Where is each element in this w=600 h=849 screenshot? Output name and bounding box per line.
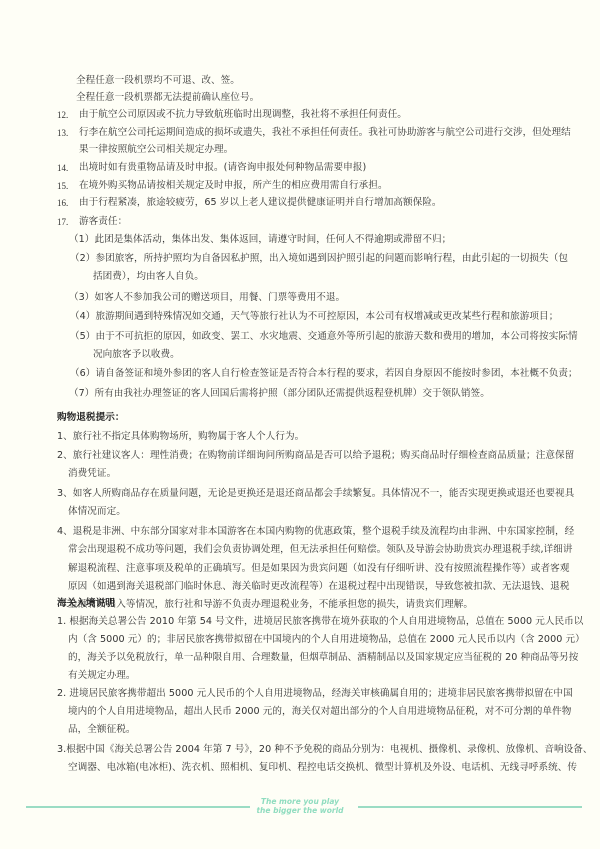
item-text: 行李在航空公司托运期间造成的损坏或遗失，我社不承担任何责任。我社可协助游客与航空… — [79, 127, 571, 139]
responsibility-item: （6）请自备签证和境外参团的客人自行检查签证是否符合本行程的要求，若因自身原因不… — [70, 368, 578, 380]
responsibility-item: （1）此团是集体活动，集体出发、集体返回，请遵守时间，任何人不得逾期或滞留不归； — [69, 234, 451, 246]
responsibility-item: （5）由于不可抗拒的原因，如政变、罢工、水灾地震、交通意外等所引起的旅游天数和费… — [70, 331, 578, 343]
shopping-item: 金额有所出入等情况，旅行社和导游不负责办理退税业务，不能承担您的损失，请贵宾们理… — [68, 599, 473, 611]
customs-item: 2. 进境居民旅客携带超出 5000 元人民币的个人自用进境物品，经海关审核确属… — [57, 688, 573, 700]
item-number: 13. — [57, 127, 68, 139]
item-number: 16. — [57, 197, 68, 209]
shopping-item: 3、如客人所购商品存在质量问题，无论是更换还是退还商品都会手续繁复。具体情况不一… — [57, 488, 574, 500]
footer-slogan-line1: The more you play — [0, 797, 600, 806]
responsibility-item: （7）所有由我社办理签证的客人回国后需将护照（部分团队还需提供返程登机牌）交于领… — [69, 388, 490, 400]
customs-item: 3.根据中国《海关总署公告 2004 年第 7 号》，20 种不予免税的商品分别… — [57, 744, 593, 756]
shopping-item: 消费凭证。 — [68, 468, 116, 480]
customs-item: 有关规定办理。 — [68, 670, 136, 682]
shopping-item: 原因（如遇到海关退税部门临时休息、海关临时更改流程等）在退税过程中出现错误，导致… — [68, 581, 569, 593]
shopping-item: 1、旅行社不指定具体购物场所，购物属于客人个人行为。 — [57, 431, 304, 443]
shopping-item: 2、旅行社建议客人：理性消费；在购物前详细询问所购商品是否可以给予退税；购买商品… — [57, 450, 574, 462]
item-number: 17. — [57, 216, 68, 228]
responsibility-item: （2）参团旅客，所持护照均为自备因私护照，出入境如遇到因护照引起的问题而影响行程… — [70, 253, 568, 265]
shopping-item: 常会出现退税不成功等问题，我们会负责协调处理，但无法承担任何赔偿。领队及导游会协… — [68, 544, 573, 556]
responsibility-item: （3）如客人不参加我公司的赠送项目，用餐、门票等费用不退。 — [69, 292, 345, 304]
footer-slogan-line2: the bigger the world — [0, 806, 600, 815]
customs-item: 品，全额征税。 — [68, 724, 136, 736]
item-text: 在境外购买物品请按相关规定及时申报，所产生的相应费用需自行承担。 — [79, 180, 388, 192]
shopping-item: 解退税流程、注意事项及税单的正确填写。但是如果因为贵宾问题（如没有仔细听讲、没有… — [68, 563, 569, 575]
shopping-section-title: 购物退税提示： — [57, 412, 125, 424]
customs-item: 1. 根据海关总署公告 2010 年第 54 号文件，进境居民旅客携带在境外获取… — [57, 616, 583, 628]
item-number: 12. — [57, 109, 68, 121]
responsibility-item: 况向旅客予以收费。 — [93, 349, 180, 361]
customs-item: 境内的个人自用进境物品，超出人民币 2000 元的，海关仅对超出部分的个人自用进… — [68, 706, 571, 718]
customs-item: 空调器、电冰箱(电冰柜)、洗衣机、照相机、复印机、程控电话交换机、微型计算机及外… — [68, 762, 577, 774]
customs-section-title: 海关入境说明 — [57, 598, 115, 610]
item-text: 由于航空公司原因或不抗力导致航班临时出现调整，我社将不承担任何责任。 — [79, 109, 407, 121]
customs-item: 的，海关予以免税放行，单一品种限自用、合理数量，但烟草制品、酒精制品以及国家规定… — [68, 652, 578, 664]
item-text: 果一律按照航空公司相关规定办理。 — [79, 144, 233, 156]
ticket-note: 全程任意一段机票都无法提前确认座位号。 — [76, 92, 259, 104]
customs-item: 内（含 5000 元）的；非居民旅客携带拟留在中国境内的个人自用进境物品，总值在… — [68, 634, 585, 646]
responsibility-item: （4）旅游期间遇到特殊情况如交通，天气等旅行社认为不可控原因，本公司有权增减或更… — [70, 311, 558, 323]
item-number: 14. — [57, 162, 68, 174]
responsibility-item: 括团费），均由客人自负。 — [93, 271, 204, 283]
item-text: 游客责任： — [79, 216, 127, 228]
item-number: 15. — [57, 180, 68, 192]
item-text: 由于行程紧凑，旅途较疲劳，65 岁以上老人建议提供健康证明并自行增加高额保险。 — [79, 197, 442, 209]
shopping-item: 体情况而定。 — [68, 506, 126, 518]
ticket-note: 全程任意一段机票均不可退、改、签。 — [76, 75, 240, 87]
shopping-item: 4、退税是非洲、中东部分国家对非本国游客在本国内购物的优惠政策，整个退税手续及流… — [57, 526, 574, 538]
item-text: 出境时如有贵重物品请及时申报。(请咨询申报处何种物品需要申报) — [79, 162, 366, 174]
